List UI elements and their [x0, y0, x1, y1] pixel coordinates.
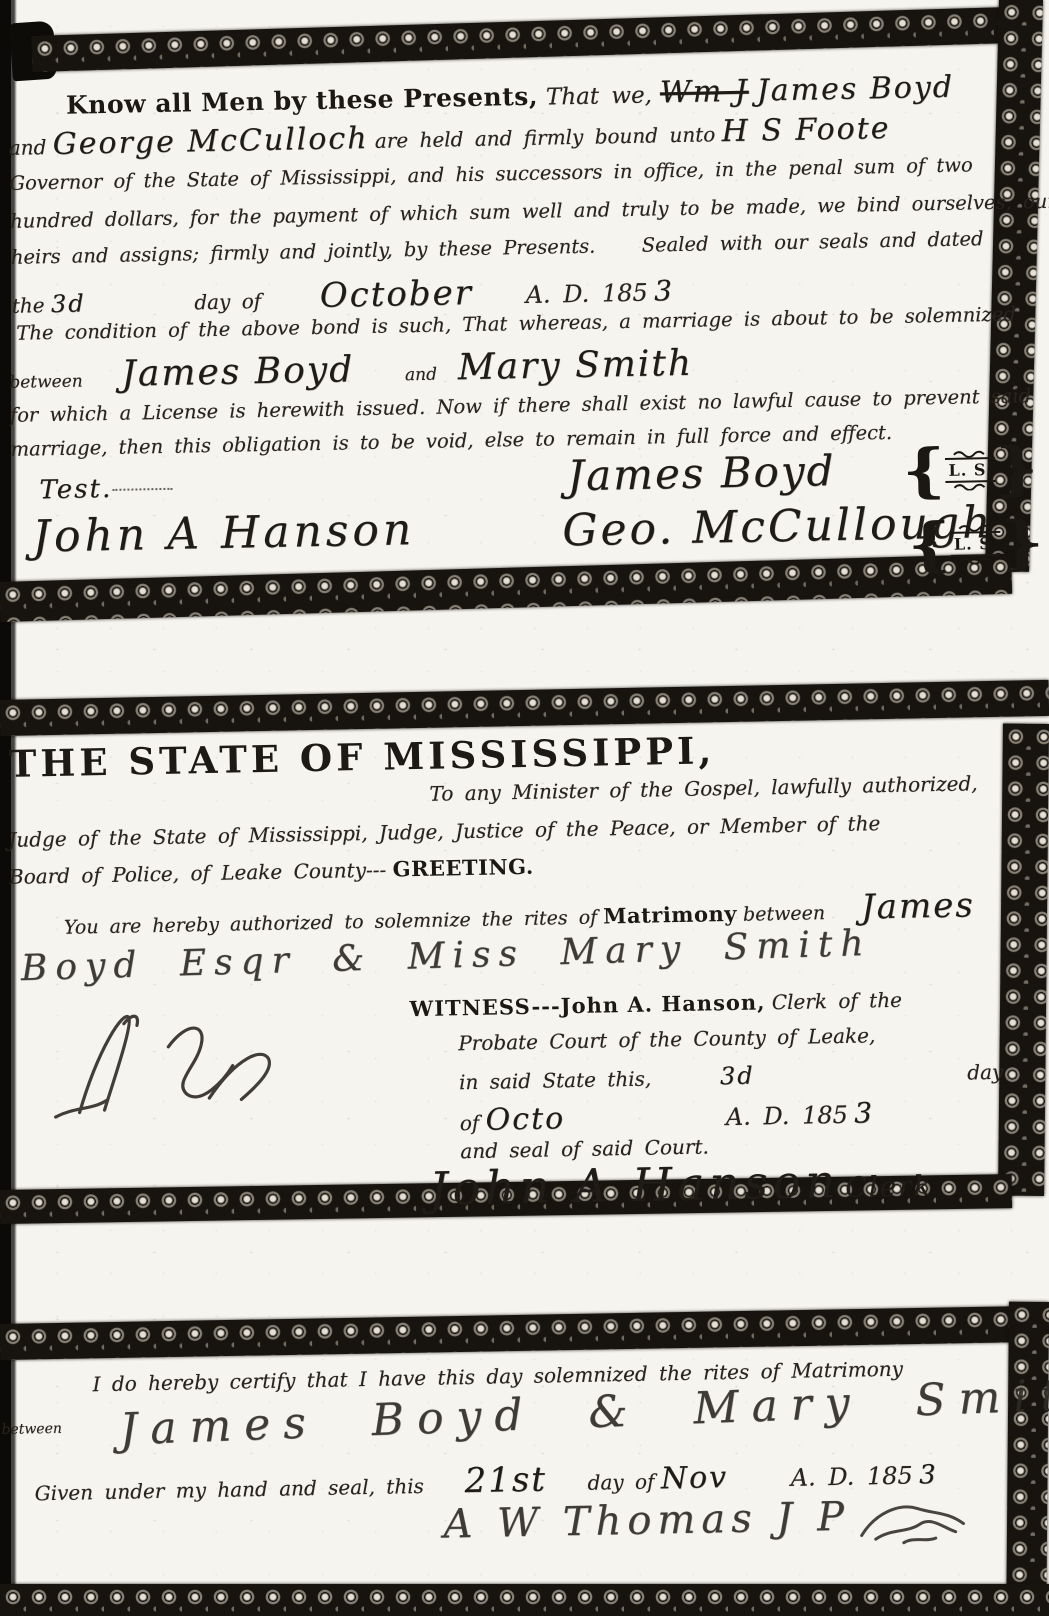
bond-day-of: day of	[194, 289, 261, 314]
license-year-handwritten: 3	[854, 1096, 874, 1129]
marriage-bond-section: Know all Men by these Presents, That we,…	[0, 0, 1049, 620]
license-section: THE STATE OF MISSISSIPPI, To any Ministe…	[0, 698, 1049, 1198]
license-greeting-bold: GREETING.	[392, 854, 534, 882]
certificate-day-handwritten: 21st	[464, 1460, 547, 1502]
license-witness-line-3: in said State this,	[459, 1067, 652, 1095]
certificate-given-text: Given under my hand and seal, this	[34, 1474, 424, 1505]
license-auth-text-2: between	[743, 902, 825, 926]
bond-month-handwritten: October	[319, 273, 473, 316]
license-day-handwritten: 3d	[720, 1062, 755, 1091]
license-ad-label: A. D. 185	[726, 1101, 849, 1131]
seal-brace-left-icon: {	[902, 444, 946, 497]
license-address-2: Judge of the State of Mississippi, Judge…	[8, 811, 880, 852]
seal-squiggle-icon	[959, 556, 993, 565]
bond-groom-name: James Boyd	[121, 349, 355, 394]
license-day-word: day	[967, 1060, 1003, 1085]
license-address-1: To any Minister of the Gospel, lawfully …	[429, 771, 978, 806]
bond-year-handwritten: 3	[654, 274, 674, 307]
license-clerk-signature: John A Hanson	[429, 1154, 841, 1216]
bond-attest-word: Test.	[39, 473, 172, 506]
seal-brace-right-icon: }	[1001, 516, 1045, 569]
certificate-year-handwritten: 3	[919, 1460, 938, 1490]
seal-squiggle-icon	[954, 482, 988, 491]
license-witness-line-2: Probate Court of the County of Leake,	[458, 1023, 875, 1055]
bond-the-word: the	[12, 293, 45, 318]
certificate-month-handwritten: Nov	[660, 1460, 728, 1496]
signature-paraph-icon	[855, 1497, 976, 1551]
bond-surety-name: George McCulloch	[52, 121, 368, 162]
seal-brace-left-icon: {	[907, 518, 951, 571]
bond-witness-signature: John A Hanson	[32, 504, 416, 562]
bond-ad-label: A. D. 185	[525, 279, 648, 309]
seal-ls-1: { L. S. }	[905, 442, 1037, 497]
license-address-3: Board of Police, of Leake County---	[9, 858, 387, 889]
bond-opening-bold: Know all Men by these Presents,	[66, 82, 539, 120]
certificate-section: I do hereby certify that I have this day…	[0, 1332, 1049, 1592]
certificate-officiant-signature: A W Thomas J P	[443, 1494, 850, 1548]
bond-principal-name: James Boyd	[756, 70, 954, 109]
license-groom-first-name: James	[861, 885, 975, 927]
bond-struck-name: Wm J	[660, 74, 750, 111]
bond-obligee-name: H S Foote	[721, 111, 891, 149]
bond-and-word: and	[9, 135, 47, 160]
scanned-marriage-record-page: Know all Men by these Presents, That we,…	[0, 0, 1049, 1616]
bond-between-word: between	[9, 371, 83, 392]
certificate-day-of: day of	[587, 1469, 654, 1494]
certificate-between-word: between	[1, 1421, 62, 1438]
bond-signature-groom: James Boyd	[567, 446, 836, 500]
bond-and-word-2: and	[405, 365, 437, 386]
seal-label: L. S.	[945, 457, 995, 483]
license-of-word: of	[460, 1111, 480, 1135]
certificate-ad-label: A. D. 185	[790, 1462, 913, 1492]
seal-ls-2: { L. S. }	[910, 516, 1042, 571]
bond-opening-script: That we,	[546, 83, 653, 111]
seal-brace-right-icon: }	[995, 442, 1039, 495]
bond-bound-text: are held and firmly bound unto	[375, 122, 716, 153]
license-matrimony-bold: Matrimony	[603, 901, 737, 929]
bond-day-handwritten: 3d	[51, 289, 86, 318]
bond-line-dollars: hundred dollars, for the payment of whic…	[10, 190, 1049, 233]
license-month-handwritten: Octo	[485, 1101, 565, 1138]
license-witness-bold: WITNESS---John A. Hanson,	[409, 989, 765, 1021]
seal-label: L. S.	[951, 530, 1001, 556]
license-witness-tail: Clerk of the	[772, 988, 903, 1014]
bond-line-heirs: heirs and assigns; firmly and jointly, b…	[11, 235, 596, 269]
pen-flourish-icon	[39, 981, 282, 1136]
license-clerk-signature-title: Clerk	[845, 1169, 933, 1204]
license-heading: THE STATE OF MISSISSIPPI,	[8, 728, 715, 786]
bond-bride-name: Mary Smith	[457, 343, 693, 389]
bond-line-sealed: Sealed with our seals and dated	[642, 227, 984, 257]
